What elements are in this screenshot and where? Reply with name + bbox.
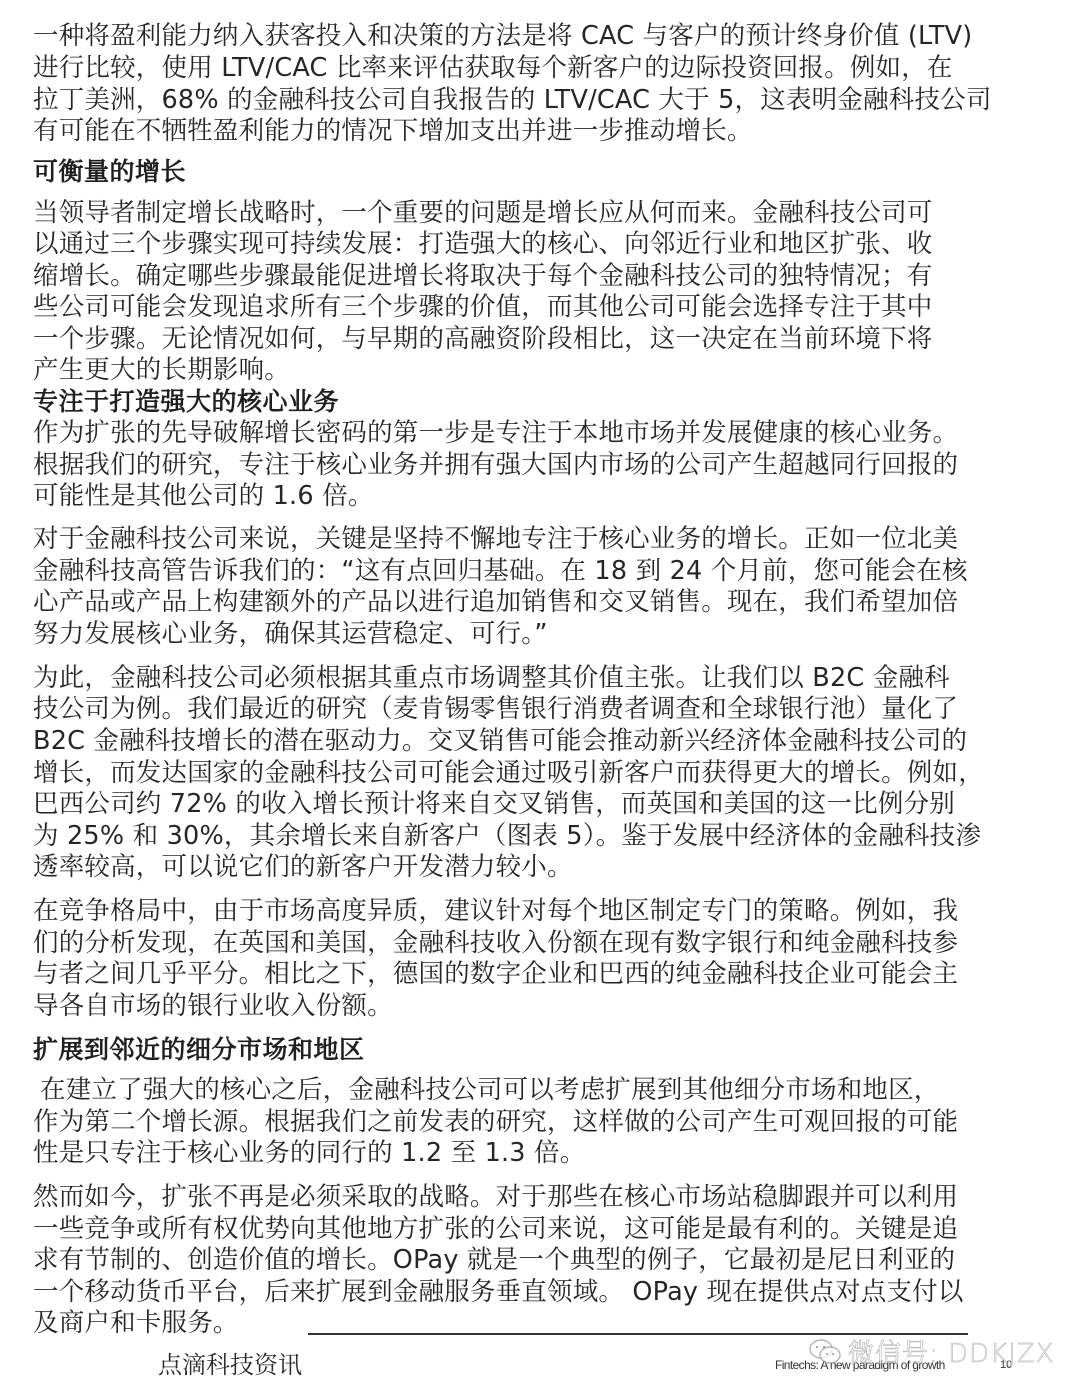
paragraph-4-line-2: 金融科技高管告诉我们的：“这有点回归基础。在 18 到 24 个月前，您可能会在… <box>33 556 1053 587</box>
paragraph-4-line-1: 对于金融科技公司来说，关键是坚持不懈地专注于核心业务的增长。正如一位北美 <box>33 524 1053 555</box>
paragraph-5-line-7: 透率较高，可以说它们的新客户开发潜力较小。 <box>33 852 1053 883</box>
paragraph-5-line-5: 巴西公司约 72% 的收入增长预计将来自交叉销售，而英国和美国的这一比例分别 <box>33 789 1053 820</box>
paragraph-7-line-2: 作为第二个增长源。根据我们之前发表的研究，这样做的公司产生可观回报的可能 <box>33 1107 1053 1138</box>
section-heading-adjacent-expansion: 扩展到邻近的细分市场和地区 <box>33 1034 365 1065</box>
paragraph-4-line-4: 努力发展核心业务，确保其运营稳定、可行。” <box>33 619 1053 650</box>
paragraph-5-line-3: B2C 金融科技增长的潜在驱动力。交叉销售可能会推动新兴经济体金融科技公司的 <box>33 726 1053 757</box>
paragraph-1-line-1: 一种将盈利能力纳入获客投入和决策的方法是将 CAC 与客户的预计终身价值 (LT… <box>33 21 1053 52</box>
paragraph-2-line-3: 缩增长。确定哪些步骤最能促进增长将取决于每个金融科技公司的独特情况；有 <box>33 261 1053 292</box>
paragraph-6-line-4: 导各自市场的银行业收入份额。 <box>33 991 1053 1022</box>
paragraph-3-line-2: 根据我们的研究，专注于核心业务并拥有强大国内市场的公司产生超越同行回报的 <box>33 450 1053 481</box>
paragraph-8-line-3: 求有节制的、创造价值的增长。OPay 就是一个典型的例子，它最初是尼日利亚的 <box>33 1245 1053 1276</box>
paragraph-6-line-3: 与者之间几乎平分。相比之下，德国的数字企业和巴西的纯金融科技企业可能会主 <box>33 959 1053 990</box>
paragraph-5-line-4: 增长，而发达国家的金融科技公司可能会通过吸引新客户而获得更大的增长。例如， <box>33 758 1053 789</box>
paragraph-5-line-2: 技公司为例。我们最近的研究（麦肯锡零售银行消费者调查和全球银行池）量化了 <box>33 694 1053 725</box>
footer-brand: 点滴科技资讯 <box>158 1350 302 1380</box>
paragraph-1-line-4: 有可能在不牺牲盈利能力的情况下增加支出并进一步推动增长。 <box>33 116 1053 147</box>
watermark-text: 微信号: DDKJZX <box>848 1333 1054 1370</box>
paragraph-7-line-1: 在建立了强大的核心之后，金融科技公司可以考虑扩展到其他细分市场和地区， <box>40 1075 1060 1106</box>
paragraph-7-line-3: 性是只专注于核心业务的同行的 1.2 至 1.3 倍。 <box>33 1138 1053 1169</box>
paragraph-4-line-3: 心产品或产品上构建额外的产品以进行追加销售和交叉销售。现在，我们希望加倍 <box>33 587 1053 618</box>
paragraph-6-line-2: 们的分析发现，在英国和美国，金融科技收入份额在现有数字银行和纯金融科技参 <box>33 928 1053 959</box>
paragraph-1-line-3: 拉丁美洲，68% 的金融科技公司自我报告的 LTV/CAC 大于 5，这表明金融… <box>33 85 1053 116</box>
paragraph-3-line-3: 可能性是其他公司的 1.6 倍。 <box>33 481 1053 512</box>
wechat-watermark: 微信号: DDKJZX <box>808 1333 1054 1370</box>
paragraph-2-line-5: 一个步骤。无论情况如何，与早期的高融资阶段相比，这一决定在当前环境下将 <box>33 324 1053 355</box>
paragraph-6-line-1: 在竞争格局中，由于市场高度异质，建议针对每个地区制定专门的策略。例如，我 <box>33 896 1053 927</box>
section-heading-measurable-growth: 可衡量的增长 <box>33 156 186 187</box>
paragraph-1-line-2: 进行比较，使用 LTV/CAC 比率来评估获取每个新客户的边际投资回报。例如，在 <box>33 53 1053 84</box>
paragraph-8-line-4: 一个移动货币平台，后来扩展到金融服务垂直领域。 OPay 现在提供点对点支付以 <box>33 1277 1053 1308</box>
section-heading-strong-core: 专注于打造强大的核心业务 <box>33 386 339 417</box>
paragraph-8-line-1: 然而如今，扩张不再是必须采取的战略。对于那些在核心市场站稳脚跟并可以利用 <box>33 1182 1053 1213</box>
paragraph-3-line-1: 作为扩张的先导破解增长密码的第一步是专注于本地市场并发展健康的核心业务。 <box>33 418 1053 449</box>
document-page: 一种将盈利能力纳入获客投入和决策的方法是将 CAC 与客户的预计终身价值 (LT… <box>0 0 1080 1398</box>
paragraph-2-line-2: 以通过三个步骤实现可持续发展：打造强大的核心、向邻近行业和地区扩张、收 <box>33 229 1053 260</box>
paragraph-2-line-1: 当领导者制定增长战略时，一个重要的问题是增长应从何而来。金融科技公司可 <box>33 198 1053 229</box>
paragraph-5-line-6: 为 25% 和 30%，其余增长来自新客户（图表 5）。鉴于发展中经济体的金融科… <box>33 821 1053 852</box>
paragraph-2-line-6: 产生更大的长期影响。 <box>33 355 1053 386</box>
paragraph-5-line-1: 为此，金融科技公司必须根据其重点市场调整其价值主张。让我们以 B2C 金融科 <box>33 663 1053 694</box>
wechat-icon <box>808 1338 842 1366</box>
paragraph-2-line-4: 些公司可能会发现追求所有三个步骤的价值，而其他公司可能会选择专注于其中 <box>33 292 1053 323</box>
paragraph-8-line-2: 一些竞争或所有权优势向其他地方扩张的公司来说，这可能是最有利的。关键是追 <box>33 1214 1053 1245</box>
